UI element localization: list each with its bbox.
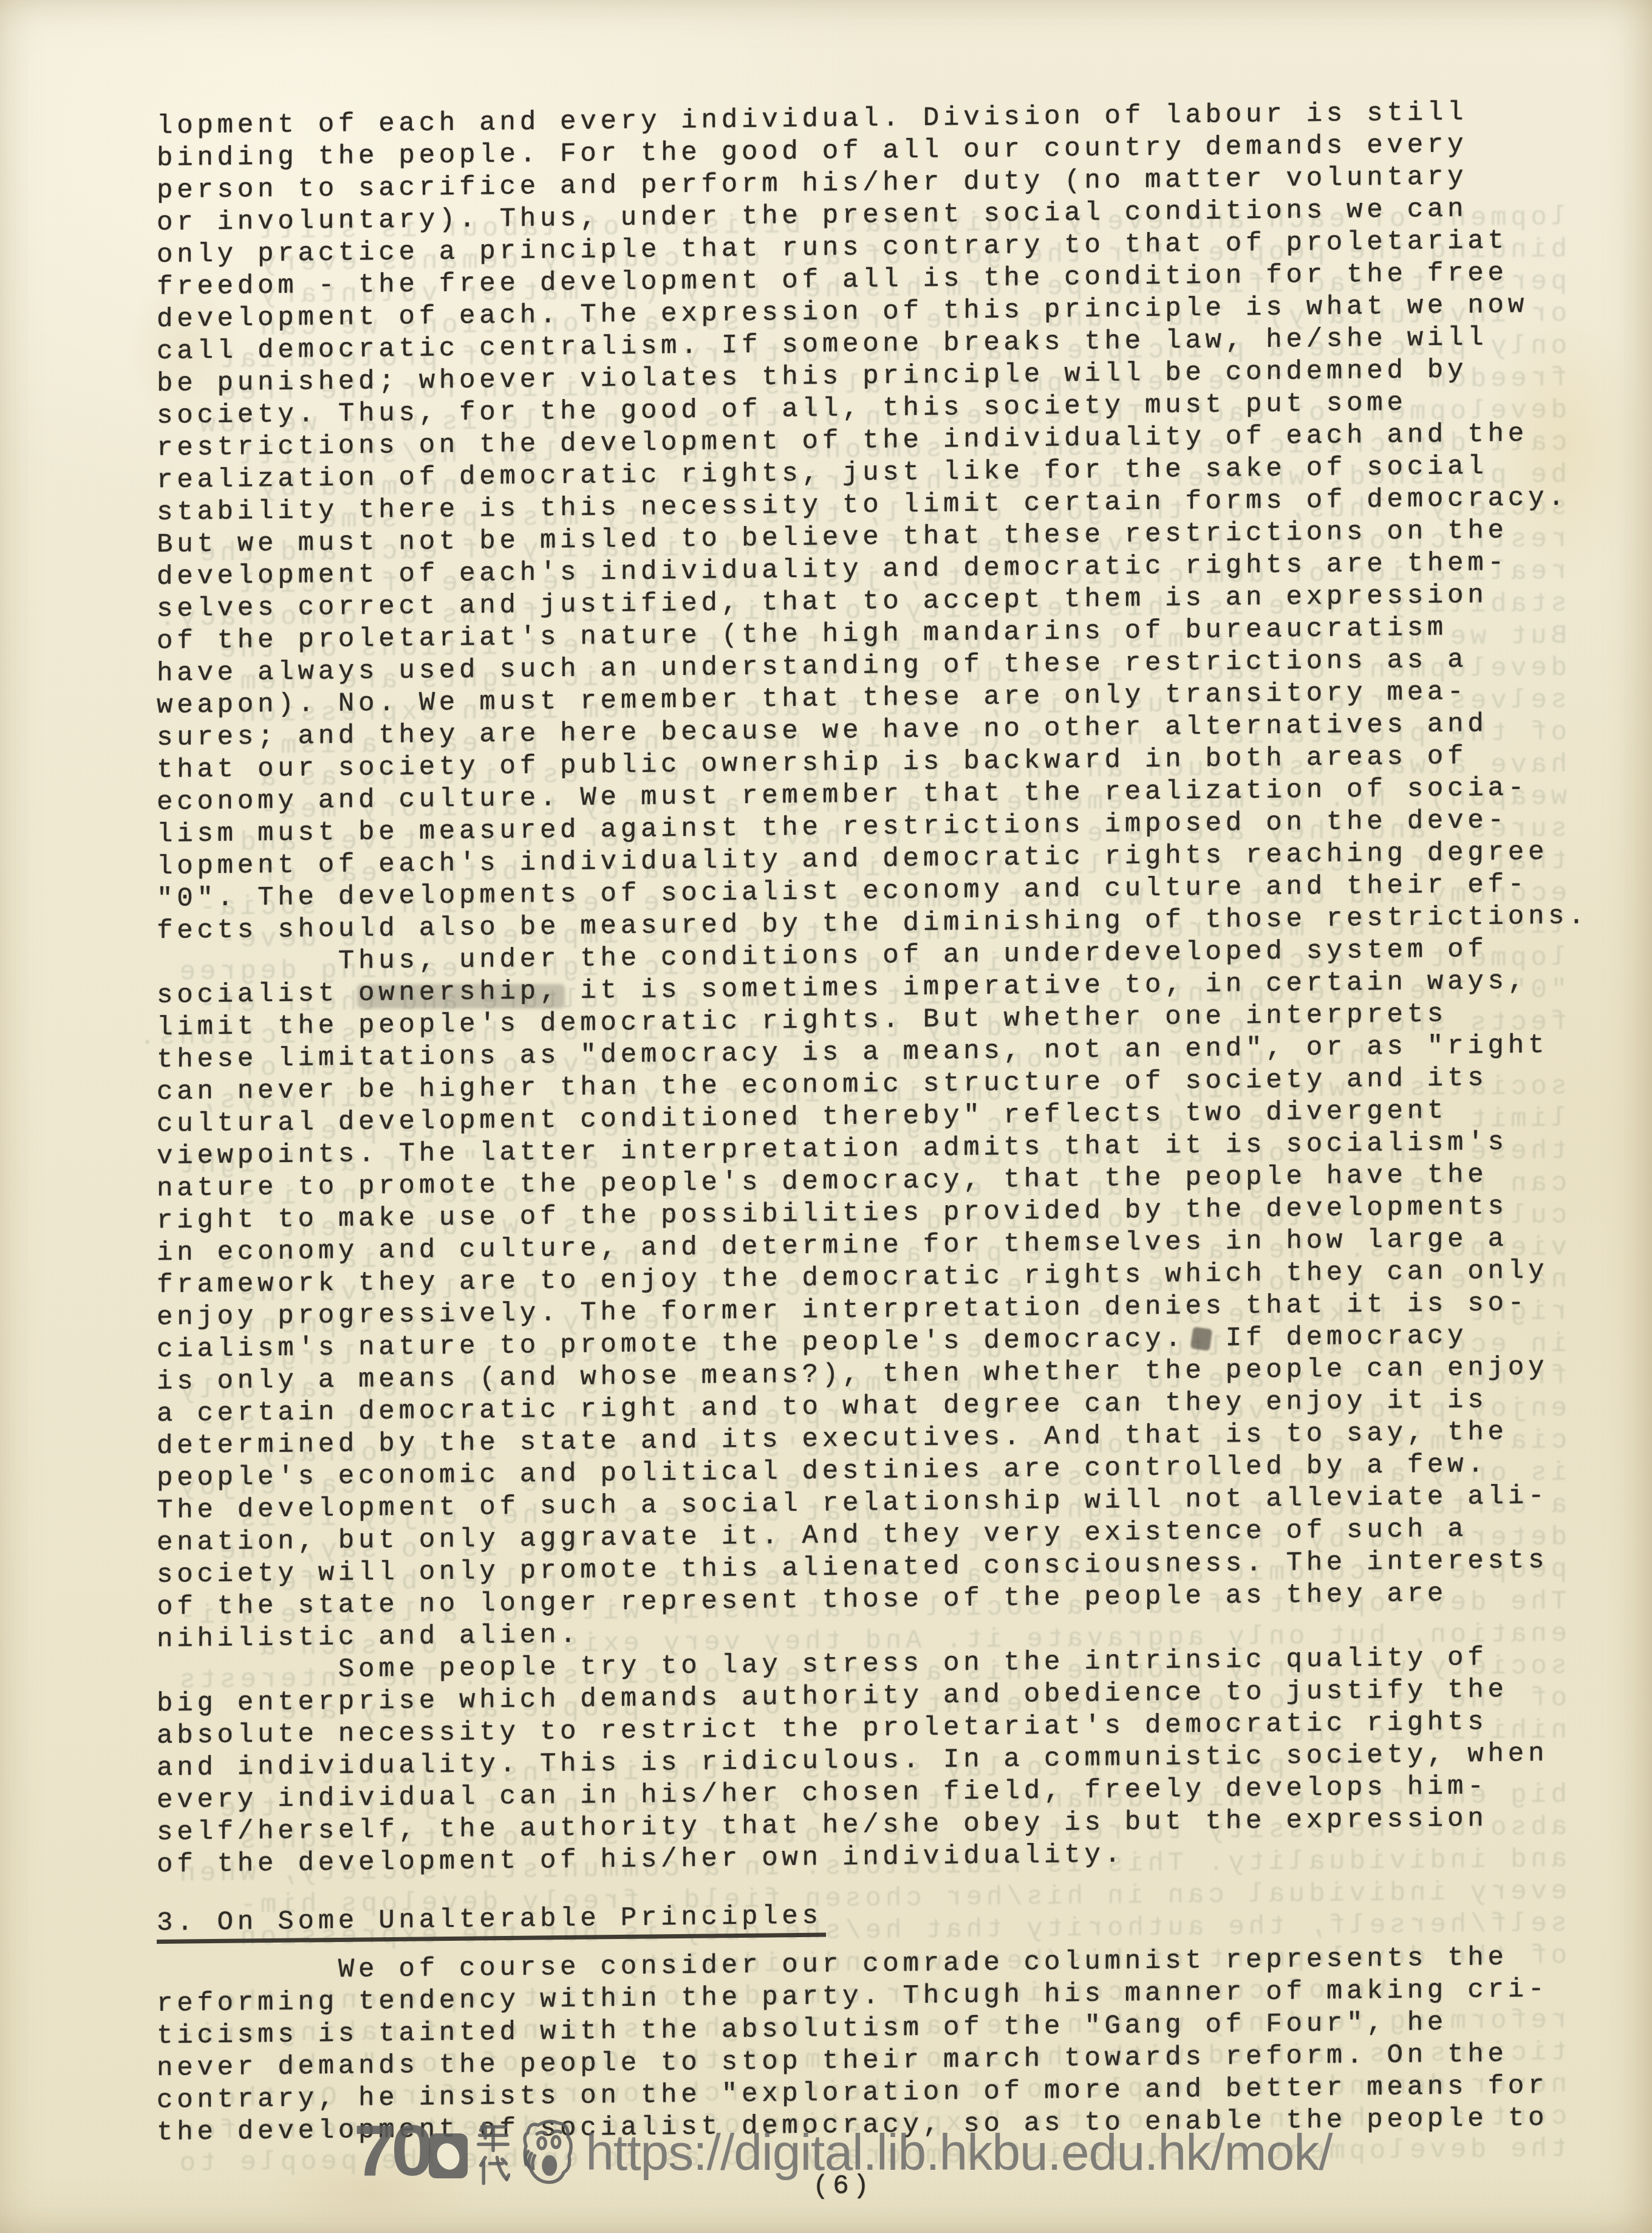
overtype-smudge	[357, 984, 565, 1008]
logo-number: 70	[353, 2124, 429, 2179]
paragraph-3: Some people try to lay stress on the int…	[157, 1641, 1626, 1881]
screaming-face-icon	[519, 2118, 577, 2186]
logo-zero-shape	[429, 2133, 468, 2178]
watermark: 70	[353, 2118, 1333, 2186]
seventies-magazine-logo: 70	[353, 2122, 468, 2181]
strikeover-mark	[1190, 1327, 1213, 1351]
typewritten-text-layer: lopment of each and every individual. Di…	[157, 95, 1626, 2210]
kanji-dai-icon	[476, 2154, 510, 2186]
watermark-url: https://digital.lib.hkbu.edu.hk/mok/	[585, 2127, 1332, 2178]
paragraph-1: lopment of each and every individual. Di…	[157, 95, 1626, 948]
logo-cjk-characters	[476, 2121, 510, 2186]
scanned-document-page: lopment of each and every individual. Di…	[0, 0, 1652, 2233]
section-heading: 3. On Some Unalterable Principles	[157, 1900, 826, 1944]
paragraph-2: Thus, under the conditions of an underde…	[157, 932, 1626, 1656]
section-heading-row: 3. On Some Unalterable Principles	[157, 1892, 1626, 1943]
kanji-nian-icon	[476, 2121, 510, 2153]
